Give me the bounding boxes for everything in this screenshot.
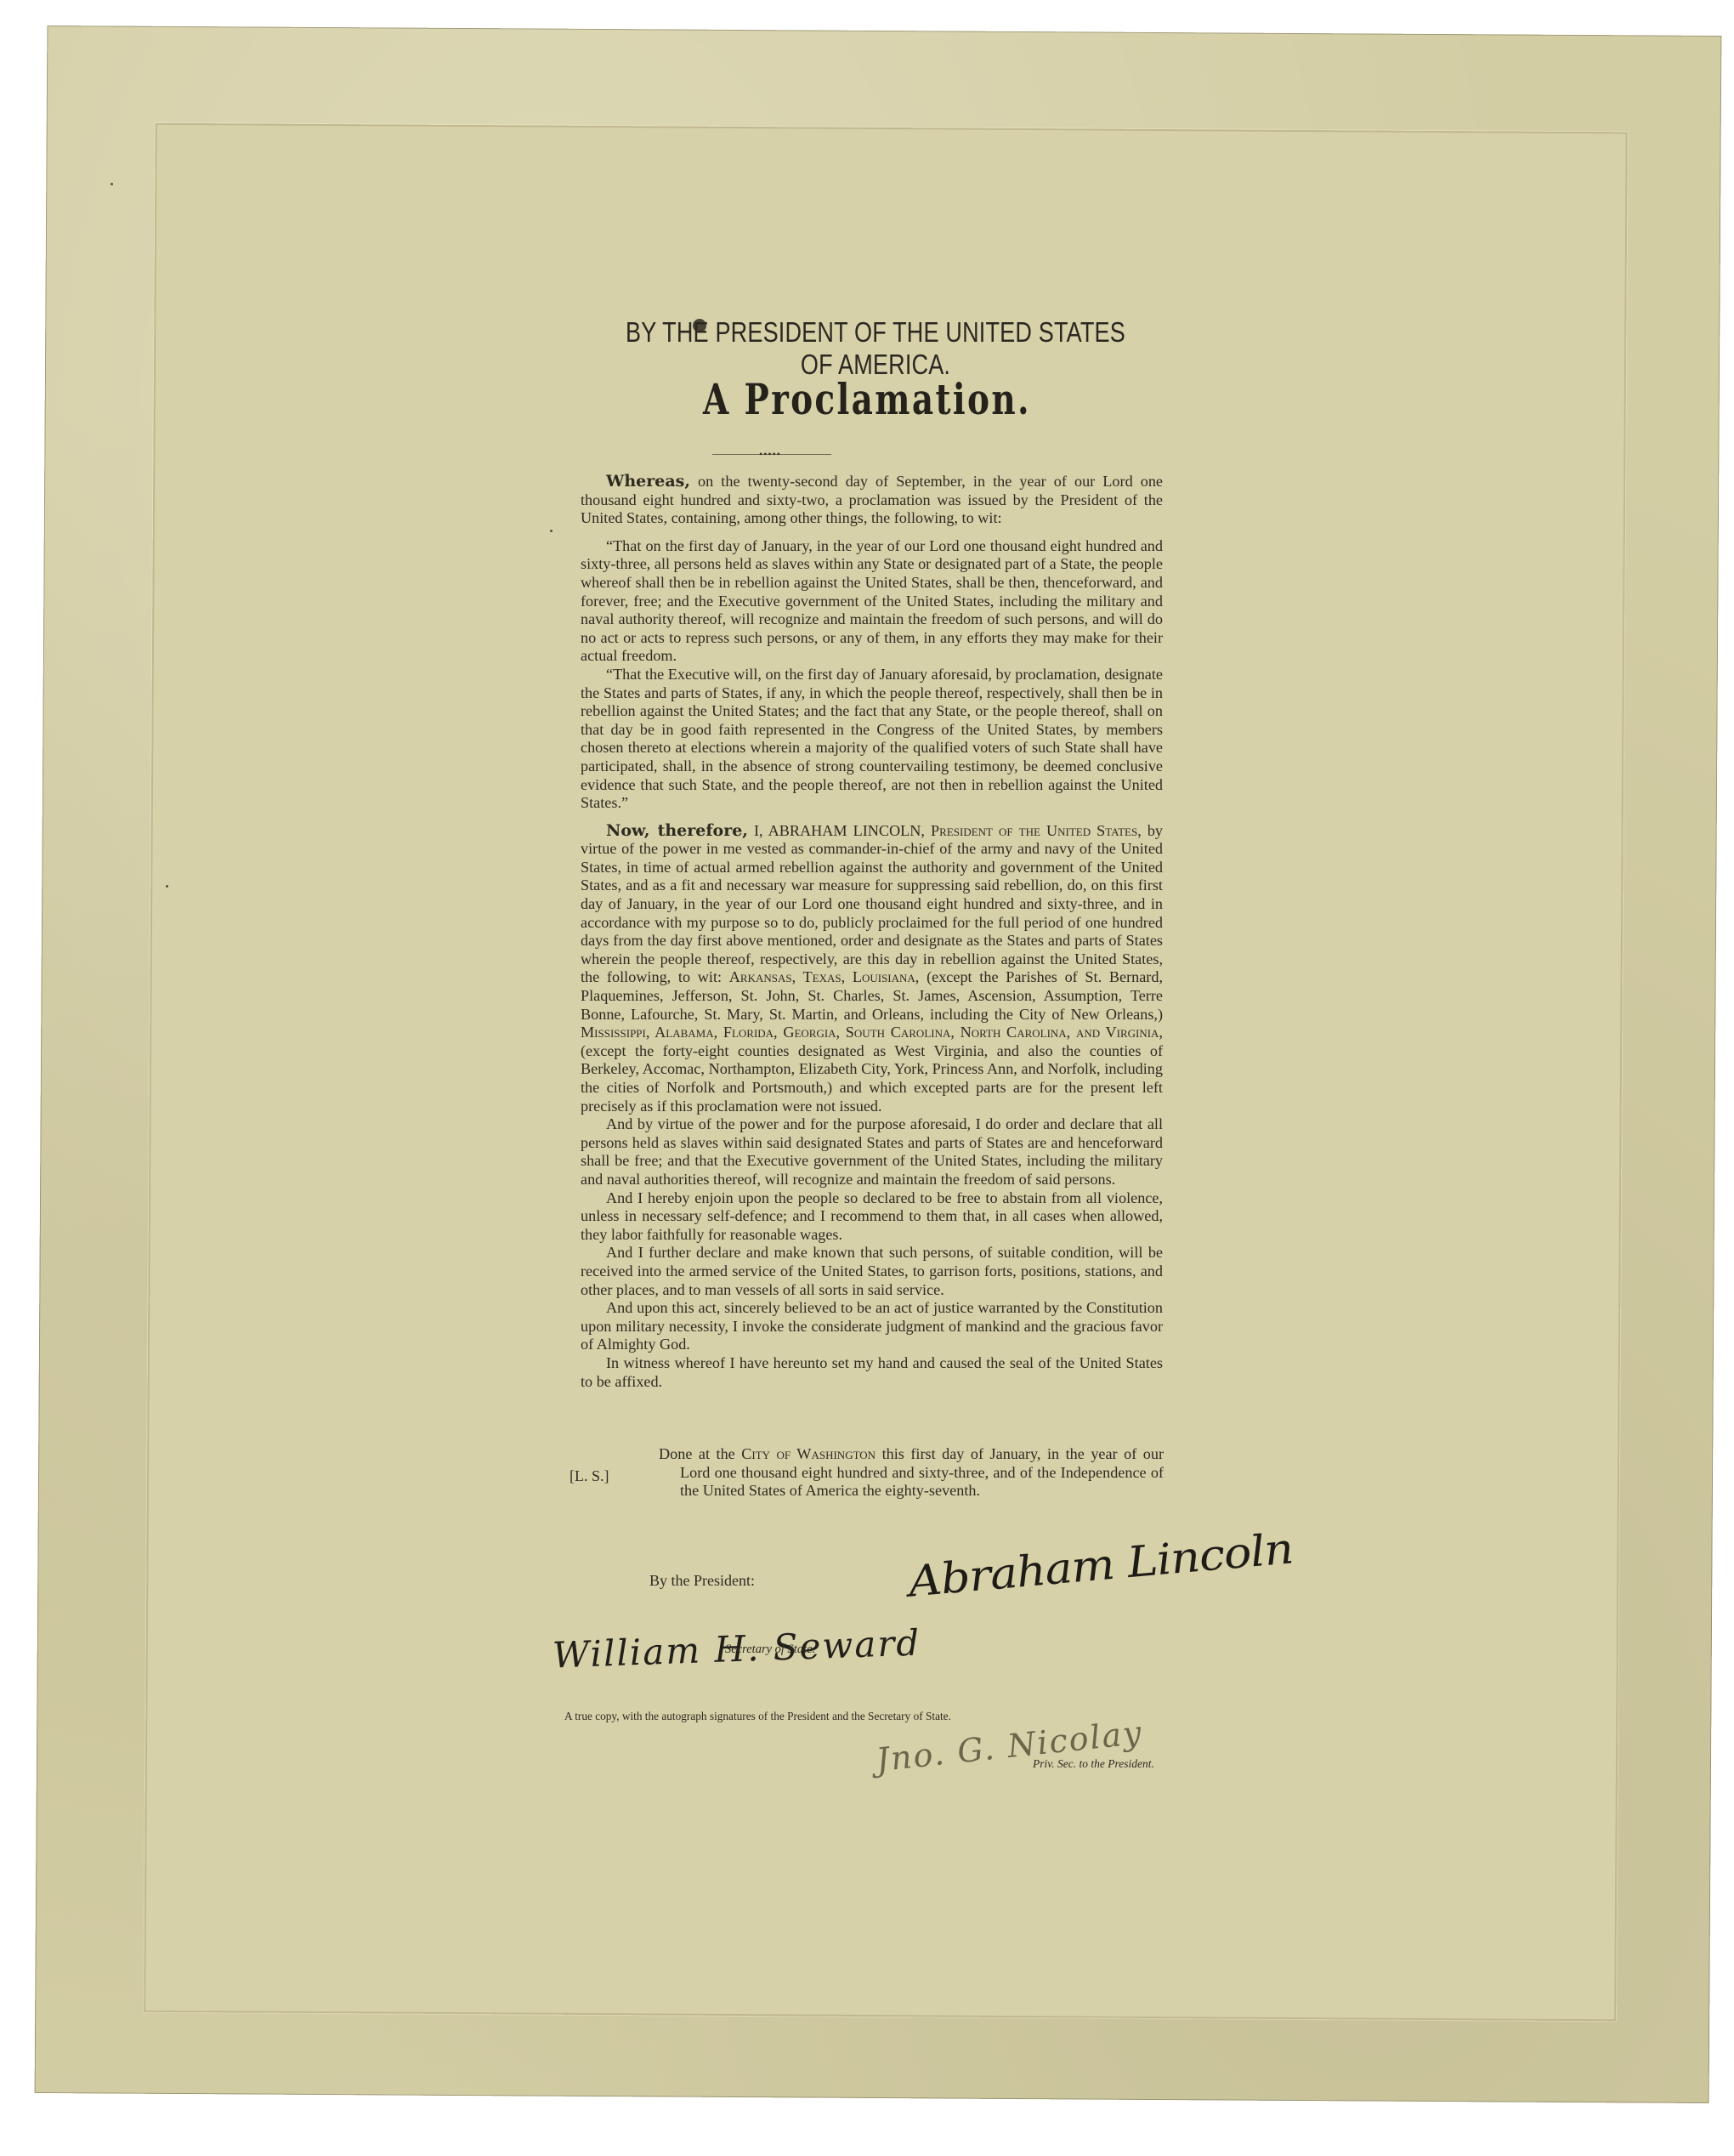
signature-president: Abraham Lincoln	[907, 1523, 1295, 1606]
paragraph-order: And by virtue of the power and for the p…	[581, 1115, 1163, 1189]
paragraph-whereas: Whereas, on the twenty-second day of Sep…	[581, 473, 1163, 528]
designated-states-2: Mississippi, Alabama, Florida, Georgia, …	[581, 1024, 1163, 1041]
paragraph-justice: And upon this act, sincerely believed to…	[581, 1299, 1163, 1354]
proclamation-document: BY THE PRESIDENT OF THE UNITED STATES OF…	[0, 0, 1734, 2156]
paragraph-armed-service: And I further declare and make known tha…	[581, 1244, 1163, 1299]
paragraph-now-therefore: Now, therefore, I, ABRAHAM LINCOLN, Pres…	[581, 822, 1163, 1116]
document-title: A Proclamation.	[615, 374, 1119, 424]
now-therefore-lead: Now, therefore,	[606, 821, 748, 840]
designated-states-1: Arkansas, Texas, Louisiana,	[729, 968, 920, 985]
whereas-lead: Whereas,	[606, 472, 690, 491]
done-at-clause: Done at the City of Washington this firs…	[659, 1445, 1164, 1501]
document-heading: BY THE PRESIDENT OF THE UNITED STATES OF…	[618, 316, 1134, 381]
ink-speck	[166, 885, 168, 888]
true-copy-note: A true copy, with the autograph signatur…	[564, 1711, 951, 1724]
ink-speck	[110, 183, 113, 185]
paragraph-witness: In witness whereof I have hereunto set m…	[581, 1354, 1163, 1391]
private-secretary-title: Priv. Sec. to the President.	[1033, 1757, 1154, 1771]
by-the-president-label: By the President:	[649, 1572, 755, 1590]
paragraph-quote-1: “That on the first day of January, in th…	[581, 537, 1163, 666]
title-ornament: •••••	[759, 448, 781, 461]
ink-speck	[550, 530, 552, 532]
paragraph-enjoin: And I hereby enjoin upon the people so d…	[581, 1189, 1163, 1245]
paragraph-quote-2: “That the Executive will, on the first d…	[581, 666, 1163, 813]
seal-placeholder: [L. S.]	[569, 1467, 609, 1485]
secretary-title: Secretary of State.	[725, 1643, 815, 1657]
proclamation-body: Whereas, on the twenty-second day of Sep…	[581, 473, 1163, 1391]
